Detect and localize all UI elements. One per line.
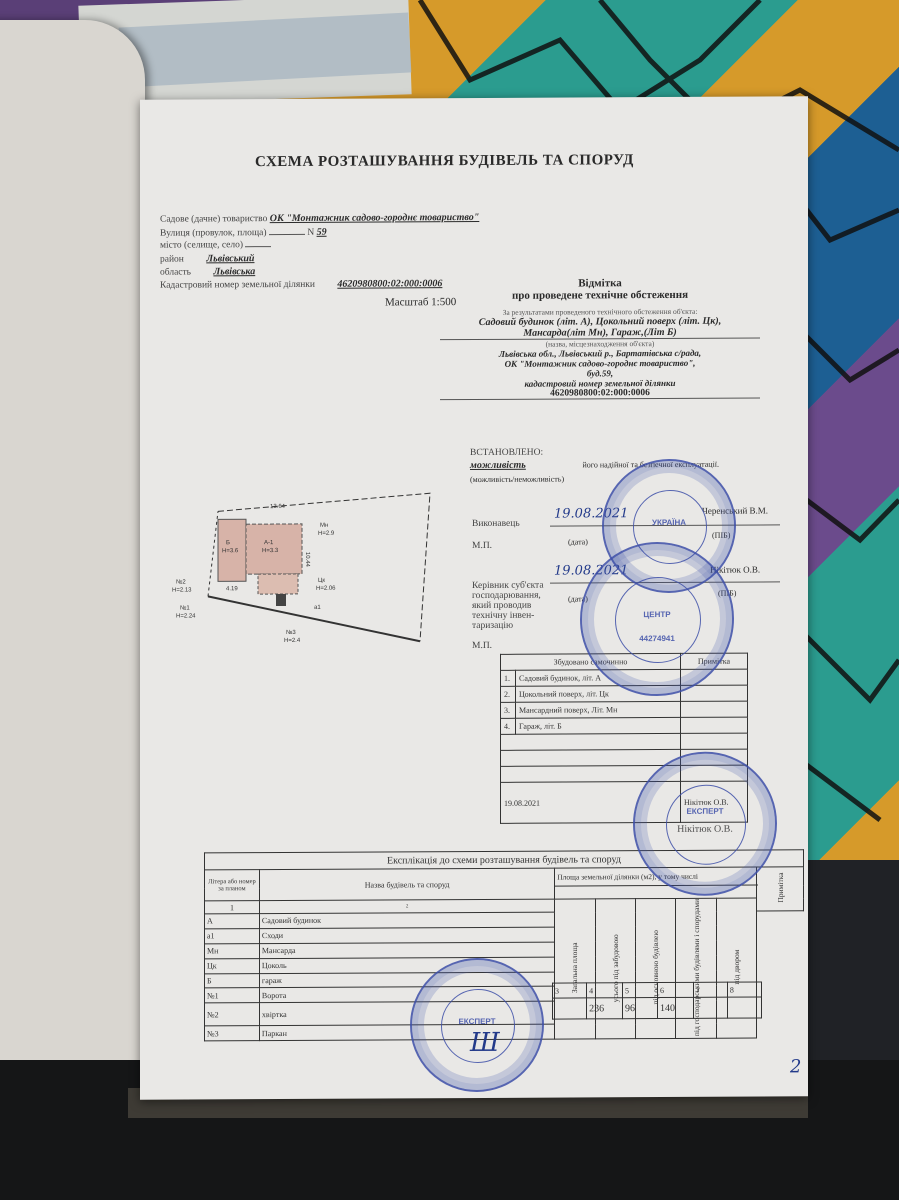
row-name: Мансарда	[259, 942, 554, 958]
head-label-line: таризацію	[472, 621, 544, 631]
object-line-1: Садовий будинок (літ. А), Цокольний пове…	[440, 316, 760, 329]
document-title: СХЕМА РОЗТАШУВАННЯ БУДІВЕЛЬ ТА СПОРУД	[255, 152, 634, 171]
label-n1-h: Н=2.24	[176, 613, 196, 619]
district-label: район	[160, 255, 184, 265]
city-field: місто (селище, село)	[160, 240, 271, 251]
label-mn-h: Н=2.9	[318, 531, 335, 537]
head-label-line: який проводив	[472, 601, 544, 611]
row-letter: №3	[205, 1026, 260, 1041]
table-row	[501, 733, 748, 750]
label-n1: №1	[180, 604, 190, 611]
col-index-4: 4	[587, 983, 623, 998]
row-name: Садовий будинок	[259, 912, 554, 928]
row-letter: Цк	[205, 958, 260, 973]
row-letter: А	[205, 914, 260, 929]
society-field: Садове (дачне) товариство ОК "Монтажник …	[160, 212, 479, 225]
inspection-subheading: про проведене технічне обстеження	[440, 289, 760, 303]
col-index-1: 1	[205, 901, 260, 914]
region-value: Львівська	[193, 266, 353, 278]
row-num: 4.	[501, 718, 516, 734]
stamp-expert-name: Нікітюк О.В.	[635, 823, 775, 835]
mp-2: М.П.	[472, 641, 492, 651]
stamp-code: 44274941	[582, 634, 732, 644]
stamp-center: ЦЕНТР 44274941	[580, 542, 734, 697]
street-value	[269, 234, 305, 235]
stamp-expert-label: ЕКСПЕРТ	[635, 807, 775, 817]
mp-1: М.П.	[472, 541, 492, 551]
left-book-page	[0, 20, 145, 1170]
district-value: Львівський	[186, 253, 346, 265]
label-b: Б	[226, 540, 230, 546]
label-n2: №2	[176, 579, 186, 586]
head-label: Керівник суб'єкта господарювання, який п…	[472, 581, 544, 631]
label-mn: Мн	[320, 523, 328, 529]
page-number: 2	[790, 1056, 801, 1077]
stamp-text: УКРАЇНА	[604, 518, 734, 528]
number-label: N	[307, 228, 314, 238]
district-field: район Львівський	[160, 253, 346, 265]
row-letter: №2	[205, 1003, 260, 1026]
head-label-line: технічну інвен-	[472, 611, 544, 621]
street-label: Вулиця (провулок, площа)	[160, 228, 267, 239]
head-label-line: господарювання,	[472, 591, 544, 601]
table-row: 4.Гараж, літ. Б	[501, 717, 748, 734]
col-index-8: 8	[727, 982, 761, 997]
label-a1: А-1	[264, 540, 274, 546]
label-a1-h: Н=3.3	[262, 548, 279, 554]
col-index-6: 6	[657, 982, 693, 997]
cadastral-field: Кадастровий номер земельної ділянки 4620…	[160, 278, 487, 291]
dim-left: 4.19	[226, 586, 238, 592]
possibility-caption: (можливість/неможливість)	[470, 475, 564, 484]
established-label: ВСТАНОВЛЕНО:	[470, 448, 543, 458]
row-name: Мансардний поверх, Літ. Мн	[516, 701, 681, 718]
row-name: Сходи	[259, 927, 554, 943]
row-num: 2.	[501, 686, 516, 702]
city-label: місто (селище, село)	[160, 240, 243, 250]
stamp-text: ЦЕНТР	[582, 610, 732, 620]
label-n3-h: Н=2.4	[284, 638, 301, 644]
site-plan: 13.64 10.44 4.19 Б Н=3.6 А-1 Н=3.3 Мн Н=…	[160, 483, 440, 654]
col-index-5: 5	[622, 983, 657, 998]
explication-values: 3 4 5 6 7 8 236 96 140	[552, 981, 762, 1019]
value-total	[553, 998, 587, 1019]
value-note	[727, 997, 761, 1018]
col-index-7: 7	[693, 982, 727, 997]
dim-top: 13.64	[270, 504, 286, 510]
city-value	[245, 246, 271, 247]
col-name-header: Назва будівель та споруд	[259, 868, 554, 901]
document-page: СХЕМА РОЗТАШУВАННЯ БУДІВЕЛЬ ТА СПОРУД Са…	[140, 96, 808, 1099]
value-built: 236	[587, 998, 623, 1019]
row-name: Гараж, літ. Б	[516, 717, 681, 734]
executor-label: Виконавець	[472, 519, 520, 529]
date-caption-1: (дата)	[568, 537, 588, 546]
region-label: область	[160, 267, 191, 277]
stamp-expert-label: ЕКСПЕРТ	[412, 1017, 542, 1027]
row-letter: Б	[205, 973, 260, 988]
cadastral-number-bold: 4620980800:02:000:0006	[440, 388, 760, 401]
label-a1-stairs: а1	[314, 605, 321, 611]
head-label-line: Керівник суб'єкта	[472, 581, 544, 591]
label-tsk: Цк	[318, 578, 325, 584]
society-value: ОК "Монтажник садово-городнє товариство"	[270, 212, 480, 224]
label-b-h: Н=3.6	[222, 548, 239, 554]
stamp-expert-2: ЕКСПЕРТ	[410, 958, 544, 1093]
col-letter-header: Літера або номер за планом	[205, 870, 260, 901]
sub-col-yard: під двором	[732, 950, 741, 985]
region-field: область Львівська	[160, 266, 353, 278]
label-n3: №3	[286, 629, 296, 636]
number-value: 59	[317, 227, 327, 238]
col-index-3: 3	[553, 983, 587, 998]
dim-side: 10.44	[304, 552, 310, 568]
col-note-header: Примітка	[776, 873, 785, 903]
label-tsk-h: Н=2.06	[316, 586, 336, 592]
society-label: Садове (дачне) товариство	[160, 214, 267, 225]
value-main: 96	[622, 998, 657, 1019]
table-row: 3.Мансардний поверх, Літ. Мн	[501, 701, 748, 718]
value-yard	[693, 997, 727, 1018]
cadastral-label: Кадастровий номер земельної ділянки	[160, 280, 315, 291]
value-aux: 140	[657, 997, 693, 1018]
row-note	[680, 701, 747, 717]
row-letter: №1	[205, 988, 260, 1003]
signature: Ш	[470, 1028, 500, 1058]
label-n2-h: Н=2.13	[172, 587, 192, 593]
row-note	[680, 717, 747, 733]
stamp-expert: ЕКСПЕРТ Нікітюк О.В.	[633, 751, 777, 896]
inspection-block: Відмітка про проведене технічне обстежен…	[440, 277, 760, 401]
row-letter: а1	[205, 929, 260, 944]
possibility-value: можливість	[470, 459, 580, 471]
row-num: 1.	[501, 670, 516, 686]
row-letter: Мн	[205, 943, 260, 958]
street-field: Вулиця (провулок, площа) N 59	[160, 227, 327, 239]
row-num: 3.	[501, 702, 516, 718]
